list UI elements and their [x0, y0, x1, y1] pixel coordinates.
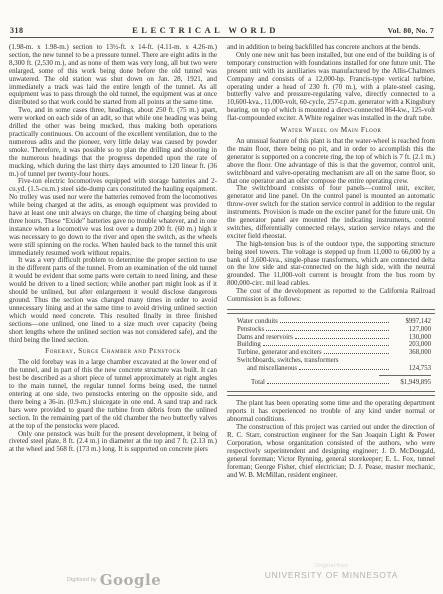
institution-watermark: Original from UNIVERSITY OF MINNESOTA: [227, 563, 436, 580]
left-paragraph-4: It was a very difficult problem to deter…: [9, 257, 217, 344]
dot-leader: [266, 330, 389, 331]
cost-label: Dams and reservoirs: [237, 334, 293, 342]
cost-row-penstocks: Penstocks 127,000: [237, 326, 431, 334]
cost-label: and miscellaneous: [247, 365, 297, 373]
right-paragraph-6: The cost of the development as reported …: [227, 288, 435, 304]
dot-leader: [324, 353, 389, 354]
right-column: and in addition to being backfilled has …: [227, 44, 435, 479]
right-paragraph-3: An unusual feature of this plant is that…: [227, 138, 435, 185]
total-amount: $1,949,895: [391, 379, 431, 387]
left-paragraph-5: The old forebay was in a large chamber e…: [9, 359, 217, 430]
cost-row-dams-reservoirs: Dams and reservoirs 130,000: [237, 334, 431, 342]
right-paragraph-8: The construction of this project was car…: [227, 424, 435, 479]
cost-row-building: Building 203,000: [237, 341, 431, 349]
left-paragraph-3: Five-ton electric locomotives equipped w…: [9, 178, 217, 257]
right-paragraph-2: Only one new unit has been installed, bu…: [227, 52, 435, 123]
dot-leader: [267, 383, 389, 384]
dot-leader: [295, 338, 389, 339]
cost-amount: $997,142: [391, 318, 431, 326]
original-from-label: Original from: [227, 563, 436, 569]
cost-label: Water conduits: [237, 318, 278, 326]
dot-leader: [263, 345, 389, 346]
cost-row-switchboards-line2: and miscellaneous 124,753: [237, 365, 431, 373]
cost-amount: 130,000: [391, 334, 431, 342]
cost-amount: 368,000: [391, 349, 431, 357]
digitized-by-label: Digitized by: [67, 577, 97, 583]
cost-table: Water conduits $997,142 Penstocks 127,00…: [227, 309, 435, 396]
cost-amount: 203,000: [391, 341, 431, 349]
forebay-section-heading: Forebay, Surge Chamber and Penstock: [9, 348, 217, 356]
header-rule: [10, 37, 434, 38]
cost-row-turbine-generator: Turbine, generator and exciters 368,000: [237, 349, 431, 357]
journal-title: ELECTRICAL WORLD: [132, 25, 279, 35]
total-label: Total: [251, 379, 265, 387]
table-bottom-rule: [227, 391, 435, 396]
cost-amount: 127,000: [391, 326, 431, 334]
left-paragraph-6: Only one penstock was built for the pres…: [9, 431, 217, 455]
cost-label: Building: [237, 341, 261, 349]
cost-label: Penstocks: [237, 326, 264, 334]
institution-name: UNIVERSITY OF MINNESOTA: [227, 570, 436, 580]
google-logo: Google: [100, 571, 162, 589]
dot-leader: [299, 369, 389, 370]
cost-amount: 124,753: [391, 365, 431, 373]
page-number: 318: [10, 26, 24, 35]
right-paragraph-4: The switchboard consists of four panels—…: [227, 185, 435, 240]
water-wheel-section-heading: Water Wheel on Main Floor: [227, 127, 435, 135]
left-column: (1.98-m. x 1.98-m.) section to 13½-ft. x…: [9, 44, 217, 479]
text-columns: (1.98-m. x 1.98-m.) section to 13½-ft. x…: [9, 44, 435, 479]
cost-table-body: Water conduits $997,142 Penstocks 127,00…: [227, 314, 435, 386]
cost-row-water-conduits: Water conduits $997,142: [237, 318, 431, 326]
dot-leader: [280, 322, 389, 323]
left-paragraph-2: Two, and in some cases three, headings, …: [9, 107, 217, 178]
google-watermark: Digitized byGoogle: [10, 571, 218, 590]
cost-label: Switchboards, switches, transformers: [237, 357, 339, 365]
cost-row-switchboards-line1: Switchboards, switches, transformers: [237, 357, 431, 365]
left-paragraph-1: (1.98-m. x 1.98-m.) section to 13½-ft. x…: [9, 44, 217, 107]
right-paragraph-5: The high-tension bus is of the outdoor t…: [227, 241, 435, 288]
scanned-journal-page: 318 ELECTRICAL WORLD Vol. 80, No. 7 (1.9…: [0, 0, 443, 594]
cost-label: Turbine, generator and exciters: [237, 349, 322, 357]
issue-info: Vol. 80, No. 7: [388, 26, 434, 35]
right-paragraph-7: The plant has been operating some time a…: [227, 400, 435, 424]
total-separator-rule: [379, 375, 431, 376]
page-header: 318 ELECTRICAL WORLD Vol. 80, No. 7: [10, 25, 434, 35]
cost-row-total: Total $1,949,895: [251, 379, 431, 387]
